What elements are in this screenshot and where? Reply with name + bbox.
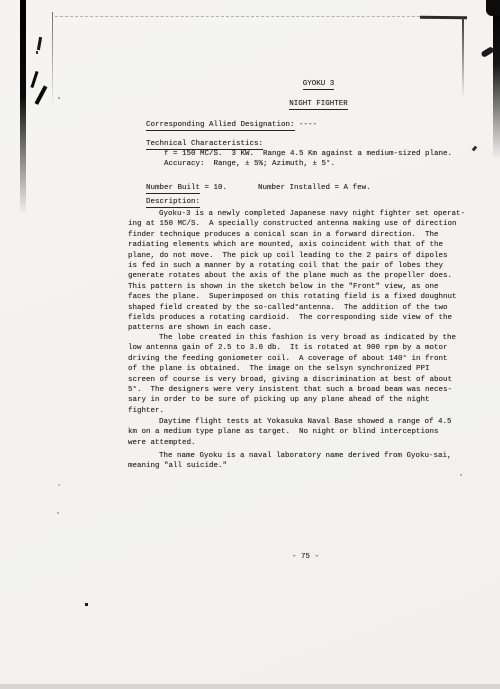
scan-speck [460,474,462,476]
right-edge-scan-band [493,0,500,160]
top-fold-line-dark-segment [420,15,467,18]
scan-speck [57,512,59,514]
scan-speck [58,97,60,99]
description-paragraph-1: Gyoku-3 is a newly completed Japanese na… [128,209,473,334]
pen-mark-diagonal-upper [30,71,38,88]
subtitle-text: NIGHT FIGHTER [289,100,348,110]
pen-mark-diagonal-lower [35,85,47,104]
description-paragraph-2: The lobe created in this fashion is very… [128,333,473,416]
pen-mark-dot [36,51,38,54]
scan-speck [58,484,60,486]
left-edge-scan-bar [20,0,26,215]
description-paragraph-4: The name Gyoku is a naval laboratory nam… [128,451,473,472]
scan-speck [85,603,88,606]
bottom-edge-shadow [0,684,500,689]
technical-characteristics-body: f = 150 MC/S. 3 KW. Range 4.5 Km against… [164,149,484,170]
pen-mark-tick [37,37,42,50]
left-margin-crease-line [52,12,53,107]
description-label: Description: [146,198,200,208]
description-paragraph-3: Daytime flight tests at Yokasuka Naval B… [128,417,473,448]
top-fold-line [55,16,425,17]
top-right-corner-mark [486,0,500,16]
page-number: - 75 - [133,552,478,562]
right-ink-blob [480,46,494,58]
scanned-document-page: GYOKU 3 NIGHT FIGHTER Corresponding Alli… [0,0,500,689]
